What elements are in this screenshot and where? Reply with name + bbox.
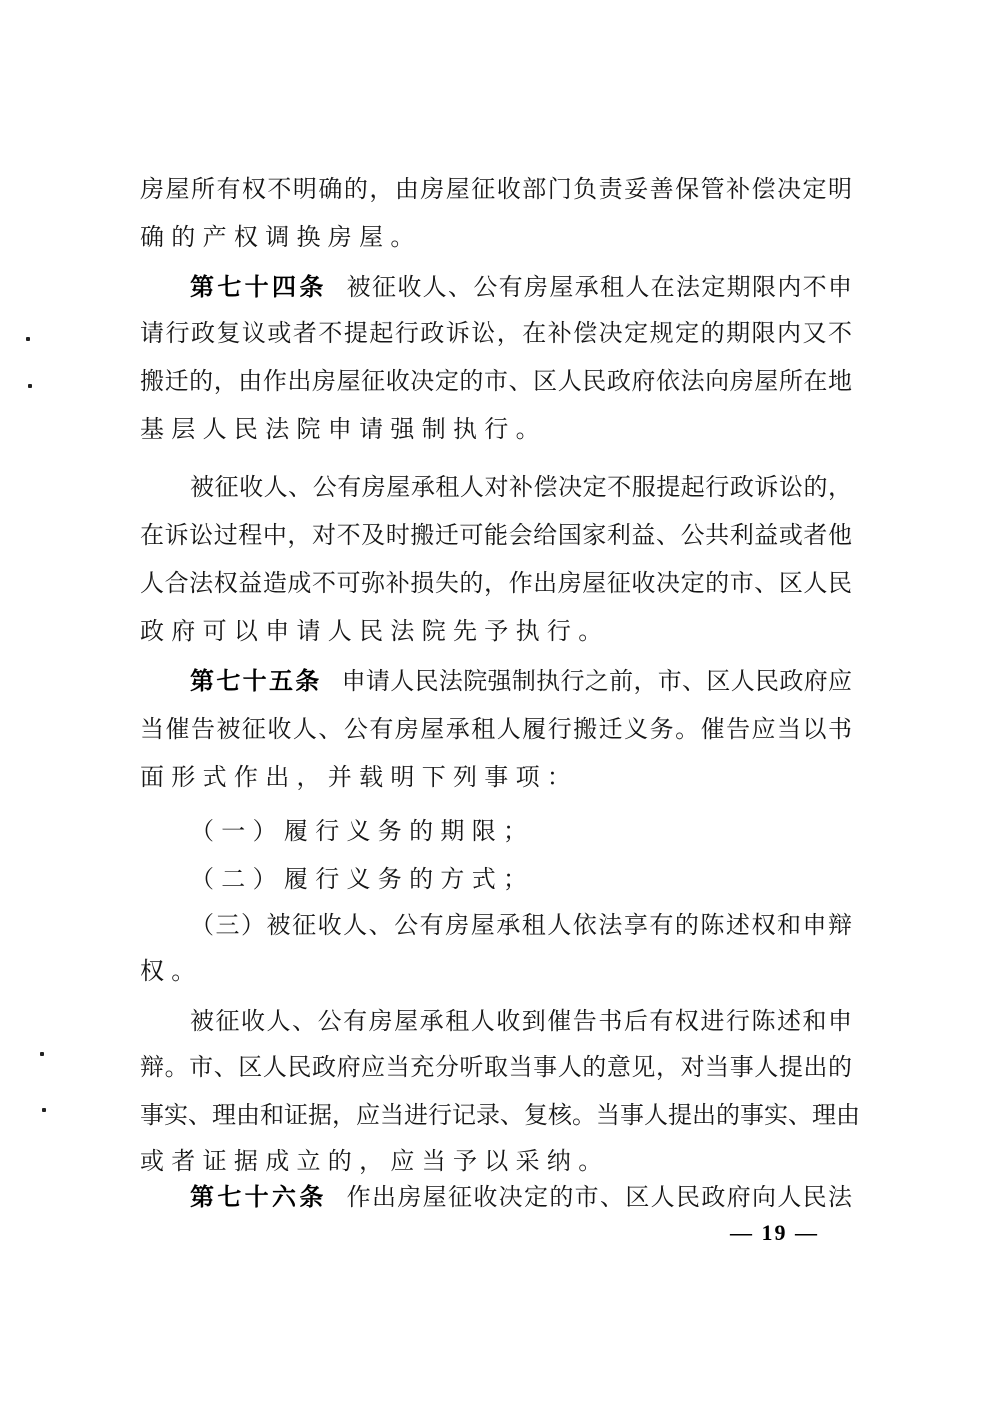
line-text: 被征收人、公有房屋承租人在法定期限内不申 bbox=[347, 273, 852, 301]
text-line: 面形式作出，并载明下列事项： bbox=[140, 760, 852, 794]
text-line: 在诉讼过程中，对不及时搬迁可能会给国家利益、公共利益或者他 bbox=[140, 518, 852, 552]
text-line: 权。 bbox=[140, 954, 852, 988]
article-heading: 第七十四条 bbox=[190, 273, 327, 301]
line-text: 基层人民法院申请强制执行。 bbox=[140, 415, 547, 443]
document-page: 房屋所有权不明确的，由房屋征收部门负责妥善保管补偿决定明确的产权调换房屋。第七十… bbox=[0, 0, 1000, 1415]
page-number: — 19 — bbox=[730, 1220, 819, 1246]
line-text: 在诉讼过程中，对不及时搬迁可能会给国家利益、公共利益或者他 bbox=[140, 521, 852, 549]
line-text: 确的产权调换房屋。 bbox=[140, 223, 422, 251]
article-line: 第七十五条申请人民法院强制执行之前，市、区人民政府应 bbox=[190, 664, 852, 698]
text-line: 辩。市、区人民政府应当充分听取当事人的意见，对当事人提出的 bbox=[140, 1050, 852, 1084]
line-text: （三）被征收人、公有房屋承租人依法享有的陈述权和申辩 bbox=[190, 911, 852, 939]
line-text: 辩。市、区人民政府应当充分听取当事人的意见，对当事人提出的 bbox=[140, 1053, 852, 1081]
text-line: 或者证据成立的，应当予以采纳。 bbox=[140, 1144, 852, 1178]
article-line: 第七十四条被征收人、公有房屋承租人在法定期限内不申 bbox=[190, 270, 852, 304]
margin-mark bbox=[42, 1108, 46, 1112]
text-line: 被征收人、公有房屋承租人收到催告书后有权进行陈述和申 bbox=[190, 1004, 852, 1038]
text-line: 搬迁的，由作出房屋征收决定的市、区人民政府依法向房屋所在地 bbox=[140, 364, 852, 398]
line-text: 当催告被征收人、公有房屋承租人履行搬迁义务。催告应当以书 bbox=[140, 715, 852, 743]
article-heading: 第七十五条 bbox=[190, 667, 322, 695]
line-text: 事实、理由和证据，应当进行记录、复核。当事人提出的事实、理由 bbox=[140, 1101, 860, 1129]
text-line: 事实、理由和证据，应当进行记录、复核。当事人提出的事实、理由 bbox=[140, 1098, 852, 1132]
text-line: 被征收人、公有房屋承租人对补偿决定不服提起行政诉讼的， bbox=[190, 470, 852, 504]
line-text: （一）履行义务的期限； bbox=[190, 817, 534, 845]
line-text: 政府可以申请人民法院先予执行。 bbox=[140, 617, 610, 645]
line-text: 请行政复议或者不提起行政诉讼，在补偿决定规定的期限内又不 bbox=[140, 319, 852, 347]
line-text: 权。 bbox=[140, 957, 203, 985]
text-line: （一）履行义务的期限； bbox=[190, 814, 852, 848]
text-line: 基层人民法院申请强制执行。 bbox=[140, 412, 852, 446]
line-text: 搬迁的，由作出房屋征收决定的市、区人民政府依法向房屋所在地 bbox=[140, 367, 852, 395]
line-text: 面形式作出，并载明下列事项： bbox=[140, 763, 578, 791]
text-line: 政府可以申请人民法院先予执行。 bbox=[140, 614, 852, 648]
line-text: 被征收人、公有房屋承租人对补偿决定不服提起行政诉讼的， bbox=[190, 473, 852, 501]
article-heading: 第七十六条 bbox=[190, 1183, 327, 1211]
line-text: 被征收人、公有房屋承租人收到催告书后有权进行陈述和申 bbox=[190, 1007, 852, 1035]
text-line: （三）被征收人、公有房屋承租人依法享有的陈述权和申辩 bbox=[190, 908, 852, 942]
line-text: 房屋所有权不明确的，由房屋征收部门负责妥善保管补偿决定明 bbox=[140, 175, 852, 203]
article-line: 第七十六条作出房屋征收决定的市、区人民政府向人民法 bbox=[190, 1180, 852, 1214]
line-text: 人合法权益造成不可弥补损失的，作出房屋征收决定的市、区人民 bbox=[140, 569, 852, 597]
text-line: 请行政复议或者不提起行政诉讼，在补偿决定规定的期限内又不 bbox=[140, 316, 852, 350]
text-line: 当催告被征收人、公有房屋承租人履行搬迁义务。催告应当以书 bbox=[140, 712, 852, 746]
margin-mark bbox=[26, 337, 30, 341]
text-line: 确的产权调换房屋。 bbox=[140, 220, 852, 254]
line-text: 或者证据成立的，应当予以采纳。 bbox=[140, 1147, 610, 1175]
line-text: 申请人民法院强制执行之前，市、区人民政府应 bbox=[342, 667, 852, 695]
line-text: 作出房屋征收决定的市、区人民政府向人民法 bbox=[347, 1183, 852, 1211]
line-text: （二）履行义务的方式； bbox=[190, 865, 534, 893]
margin-mark bbox=[28, 384, 32, 388]
text-line: 人合法权益造成不可弥补损失的，作出房屋征收决定的市、区人民 bbox=[140, 566, 852, 600]
text-line: 房屋所有权不明确的，由房屋征收部门负责妥善保管补偿决定明 bbox=[140, 172, 852, 206]
margin-mark bbox=[40, 1052, 44, 1056]
text-line: （二）履行义务的方式； bbox=[190, 862, 852, 896]
